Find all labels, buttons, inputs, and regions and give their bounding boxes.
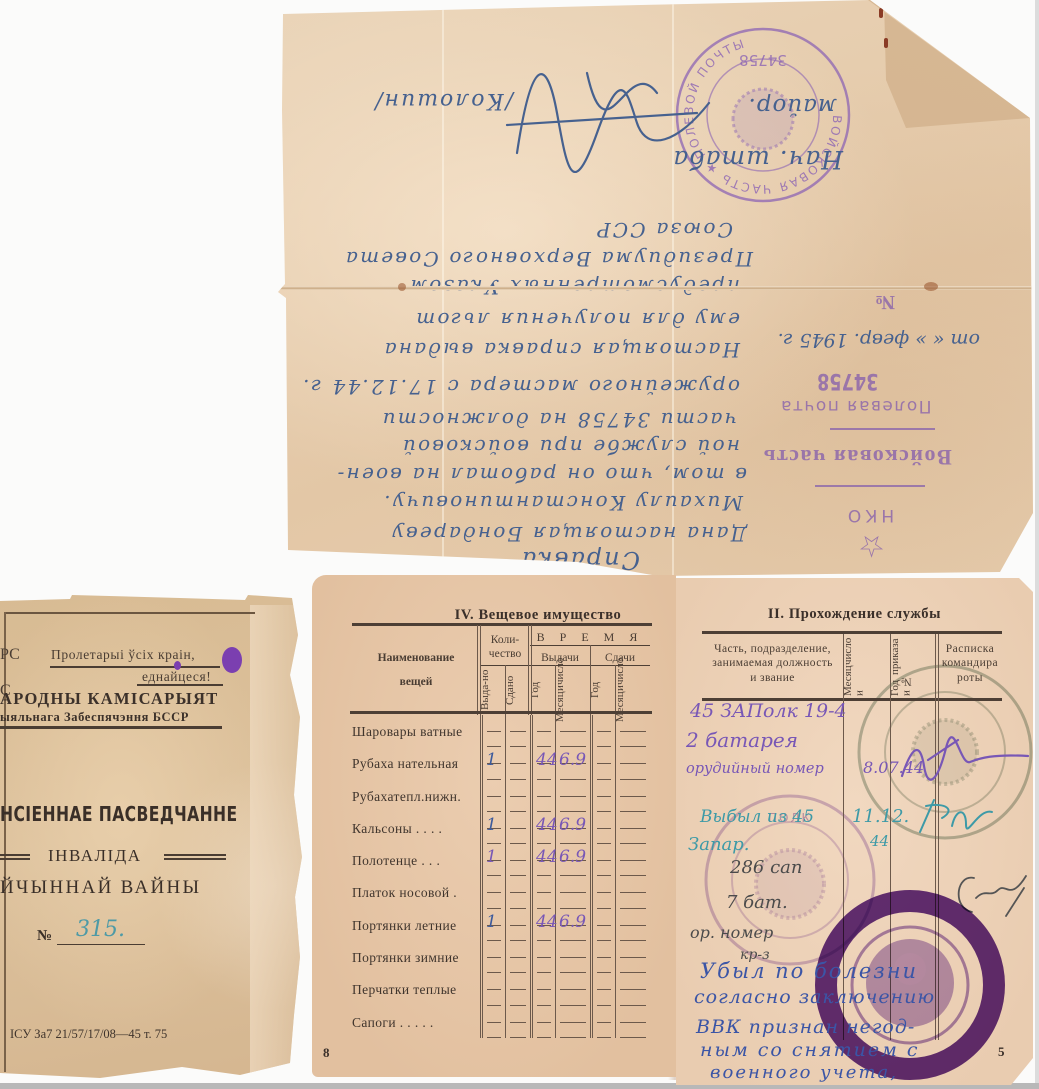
item-name: Кальсоны . . . . — [352, 812, 480, 844]
item-name: Шаровары ватные — [352, 715, 480, 747]
print-info: ІСУ За7 21/57/17/08—45 т. 75 — [10, 1028, 167, 1041]
cover-frame — [5, 612, 255, 614]
header-text: Месяц и — [843, 665, 890, 696]
stamp-rule — [830, 429, 935, 431]
header-text: Часть, подразделение, — [702, 642, 843, 656]
qty-returned — [505, 1006, 530, 1038]
handwritten-value: 1 — [486, 914, 497, 931]
qty-returned — [505, 812, 530, 844]
slogan-line-2: еднайцеся! — [142, 670, 211, 684]
header-text: Год — [590, 682, 615, 698]
number-underline — [57, 944, 145, 945]
issue-year — [530, 715, 555, 747]
table-rule — [702, 631, 1002, 634]
return-date — [615, 941, 650, 973]
seal-number: 34758 — [739, 51, 787, 69]
issue-date — [555, 1006, 590, 1038]
qty-returned — [505, 909, 530, 941]
table-vline — [590, 645, 591, 715]
discharge-note-line: согласно заключению — [694, 988, 935, 1007]
return-year — [590, 973, 615, 1005]
letter-title: Справка — [520, 548, 640, 572]
return-year — [590, 941, 615, 973]
title-rule — [164, 854, 226, 856]
item-name: Портянки летние — [352, 909, 480, 941]
handwritten-value: 1 — [486, 752, 497, 769]
qty-issued — [480, 973, 505, 1005]
table-vline — [480, 625, 481, 715]
qty-issued: 1 — [480, 747, 505, 779]
letter-line: ему для получения льгот — [414, 310, 740, 330]
letter-line: ной службе при войсковой — [401, 437, 740, 457]
title-rule — [0, 858, 30, 860]
issue-date: 6.9 — [555, 812, 590, 844]
signature-rank: майор. — [748, 94, 837, 117]
ink-mark — [884, 38, 888, 48]
issue-date — [555, 780, 590, 812]
handwritten-value: 6.9 — [559, 849, 586, 866]
entry-unit-3: 286 сап — [730, 859, 802, 877]
discharge-note-line: ВВК признан негод- — [696, 1018, 915, 1037]
item-name: Полотенце . . . — [352, 844, 480, 876]
header-text: приказа — [890, 638, 937, 675]
paper-fold — [278, 286, 1035, 290]
clothing-page: IV. Вещевое имущество Наименование вещей… — [312, 575, 676, 1077]
qty-issued — [480, 1006, 505, 1038]
item-name: Рубаха нательная — [352, 747, 480, 779]
header-text: роты — [937, 671, 1003, 685]
return-year — [590, 844, 615, 876]
header-text: и звание — [702, 671, 843, 685]
table-vline — [531, 625, 532, 715]
issue-year: 44 — [530, 909, 555, 941]
document-subtitle-2: ЙЧЫННАЙ ВАЙНЫ — [0, 878, 201, 897]
commander-signature — [898, 736, 1033, 781]
header-text: число — [843, 638, 890, 665]
slogan-line-1: Пролетарыі ўсіх краін, — [51, 648, 195, 662]
col-order-header: Год и № приказа — [890, 638, 937, 696]
return-year — [590, 1006, 615, 1038]
handwritten-value: 6.9 — [559, 914, 586, 931]
handwritten-value: 6.9 — [559, 752, 586, 769]
pension-certificate-cover: РС С Пролетарыі ўсіх краін, еднайцеся! А… — [0, 595, 302, 1080]
letter-line: оружейного мастера с 17.12.44 г. — [301, 377, 740, 397]
ink-blot — [222, 647, 242, 673]
letter-line: Президиума Верховного Совета — [344, 249, 753, 269]
issue-date — [555, 876, 590, 908]
qty-returned — [505, 715, 530, 747]
issue-year — [530, 876, 555, 908]
issue-year — [530, 941, 555, 973]
entry-unit-4: 7 бат. — [726, 894, 788, 912]
letter-line: Михаилу Константиновичу. — [382, 493, 743, 513]
page-number: 5 — [998, 1045, 1005, 1058]
stamp-post: Полевая почта — [768, 397, 943, 414]
item-name: Рубахатепл.нижн. — [352, 780, 480, 812]
table-row: Шаровары ватные — [352, 715, 650, 747]
col-qty-header: Коли- чество — [480, 633, 530, 662]
discharge-note-line: Убыл по болезни — [700, 961, 918, 982]
handwritten-value: 1 — [486, 849, 497, 866]
return-year — [590, 812, 615, 844]
letter-line: Настоящая справка выдана — [383, 340, 740, 360]
header-text: Год и № — [890, 675, 937, 696]
scanner-edge-right — [1035, 0, 1039, 1083]
qty-issued: 1 — [480, 844, 505, 876]
qty-issued: 1 — [480, 812, 505, 844]
return-date — [615, 780, 650, 812]
col-return-date-header: Месяц и число — [615, 669, 650, 711]
issue-year — [530, 1006, 555, 1038]
page-number: 8 — [323, 1046, 330, 1059]
discharge-note-line: ным со снятием с — [700, 1041, 920, 1060]
entry-left-year: 44 — [870, 834, 889, 849]
table-vline — [555, 665, 556, 715]
rust-spot — [398, 283, 406, 291]
qty-issued: 1 — [480, 909, 505, 941]
stamp-number-label: № — [875, 292, 895, 312]
issue-date — [555, 715, 590, 747]
stamp-post-number: 34758 — [826, 369, 879, 391]
qty-issued — [480, 941, 505, 973]
issue-date: 6.9 — [555, 909, 590, 941]
letter-line: Союза ССР — [595, 220, 733, 240]
issue-date: 6.9 — [555, 747, 590, 779]
title-rule — [0, 854, 30, 856]
col-name-header-line: Наименование — [352, 651, 480, 665]
signature-name: /Колошин/ — [373, 89, 513, 111]
col-qty-header-line: чество — [480, 647, 530, 661]
table-rule — [352, 623, 652, 626]
header-text: и — [615, 685, 650, 691]
return-date — [615, 715, 650, 747]
item-name: Сапоги . . . . . — [352, 1006, 480, 1038]
return-date — [615, 1006, 650, 1038]
qty-returned — [505, 747, 530, 779]
certificate-letter: ☆ НКО Войсковая часть Полевая почта 3475… — [278, 0, 1035, 578]
stamp-rule — [815, 486, 925, 488]
commander-signature — [916, 796, 996, 836]
return-date — [615, 876, 650, 908]
issue-year: 44 — [530, 747, 555, 779]
header-text: Расписка — [937, 642, 1003, 656]
handwritten-value: 6.9 — [559, 817, 586, 834]
table-row: Перчатки теплые — [352, 973, 650, 1005]
col-qty-header-line: Коли- — [480, 633, 530, 647]
header-text: Сдано — [505, 675, 530, 704]
cover-fragment-text: РС — [0, 647, 20, 663]
col-unit-header: Часть, подразделение, занимаемая должнос… — [702, 642, 843, 685]
handwritten-value: 44 — [536, 752, 558, 769]
qty-returned — [505, 876, 530, 908]
torn-edge — [250, 605, 300, 1075]
slogan-underline — [50, 666, 220, 668]
issue-year: 44 — [530, 812, 555, 844]
entry-battery: 2 батарея — [686, 730, 798, 750]
rust-spot — [924, 282, 938, 291]
return-year — [590, 876, 615, 908]
item-name: Платок носовой . — [352, 876, 480, 908]
table-row: Рубахатепл.нижн. — [352, 780, 650, 812]
issuer-rule — [0, 726, 222, 729]
entry-position: орудийный номер — [686, 762, 824, 777]
table-row: Сапоги . . . . . — [352, 1006, 650, 1038]
service-record-page: ПОЛК II. Прохождение службы Часть, подра… — [676, 578, 1033, 1085]
handwritten-value: 44 — [536, 914, 558, 931]
return-date — [615, 909, 650, 941]
col-issue-year-header: Год — [530, 669, 555, 711]
col-name-header-line: вещей — [352, 675, 480, 689]
header-text: командира — [937, 656, 1003, 670]
entry-left-unit-2: Запар. — [688, 836, 750, 854]
return-date — [615, 812, 650, 844]
star-icon: ☆ — [858, 530, 885, 560]
letter-line: в том, что он работал на воен- — [335, 465, 747, 485]
qty-returned — [505, 780, 530, 812]
issue-date: 6.9 — [555, 844, 590, 876]
return-date — [615, 844, 650, 876]
issue-year: 44 — [530, 844, 555, 876]
entry-unit: 45 ЗАПолк 19-4 — [690, 702, 847, 721]
header-text: занимаемая должность — [702, 656, 843, 670]
header-text: Год — [530, 682, 555, 698]
table-row: Полотенце . . . 1 44 6.9 — [352, 844, 650, 876]
table-row: Платок носовой . — [352, 876, 650, 908]
header-text: Выда- — [480, 681, 505, 710]
item-name: Портянки зимние — [352, 941, 480, 973]
issuer-line-2: ыяльнага Забеспячэння БССР — [0, 711, 189, 724]
return-year — [590, 780, 615, 812]
discharge-note-line: военного учета, — [710, 1064, 898, 1082]
qty-returned — [505, 844, 530, 876]
letter-line: Дана настоящая Бондареву — [390, 524, 747, 544]
col-issue-date-header: Месяц и число — [555, 669, 590, 711]
header-text: и — [555, 685, 590, 691]
stamp-unit: Войсковая часть — [747, 446, 967, 468]
col-qty-issued-header: Выда- но — [480, 669, 505, 711]
issue-year — [530, 973, 555, 1005]
col-time-header: В Р Е М Я — [530, 630, 650, 645]
issue-date — [555, 973, 590, 1005]
col-name-header: Наименование вещей — [352, 651, 480, 690]
stamp-org: НКО — [831, 506, 907, 523]
service-section-title: II. Прохождение службы — [676, 607, 1033, 622]
signature — [497, 48, 717, 173]
table-row: Рубаха нательная 1 44 6.9 — [352, 747, 650, 779]
return-date — [615, 747, 650, 779]
table-rule — [350, 711, 652, 714]
issue-year — [530, 780, 555, 812]
header-text: но — [480, 670, 505, 681]
header-text: число — [555, 658, 590, 685]
return-year — [590, 909, 615, 941]
table-vline — [477, 625, 478, 715]
entry-left-unit: Выбыл из 45 — [700, 809, 814, 826]
col-qty-returned-header: Сдано — [505, 669, 530, 711]
table-vline — [505, 665, 506, 715]
item-name: Перчатки теплые — [352, 973, 480, 1005]
table-row: Кальсоны . . . . 1 44 6.9 — [352, 812, 650, 844]
handwritten-value: 44 — [536, 849, 558, 866]
document-title: НСІЕННАЕ ПАСВЕДЧАННЕ — [0, 804, 238, 824]
certificate-number: 315. — [76, 919, 125, 941]
title-rule — [164, 858, 226, 860]
col-signature-header: Расписка командира роты — [937, 642, 1003, 685]
clothing-table-body: Шаровары ватные Рубаха нательная 1 44 6.… — [352, 715, 650, 1038]
header-text: число — [615, 658, 650, 685]
return-date — [615, 973, 650, 1005]
number-label: № — [37, 929, 52, 944]
ink-blot — [174, 661, 181, 670]
qty-returned — [505, 941, 530, 973]
handwritten-value: 44 — [536, 817, 558, 834]
qty-issued — [480, 780, 505, 812]
qty-issued — [480, 876, 505, 908]
entry-left-date: 11.12. — [852, 808, 909, 826]
entry-position-2: ор. номер — [690, 925, 773, 941]
return-year — [590, 715, 615, 747]
qty-returned — [505, 973, 530, 1005]
table-vline — [528, 625, 529, 715]
table-row: Портянки летние 1 44 6.9 — [352, 909, 650, 941]
document-subtitle: ІНВАЛІДА — [48, 847, 142, 864]
return-year — [590, 747, 615, 779]
letter-line: части 34758 на должности — [381, 410, 737, 430]
col-return-year-header: Год — [590, 669, 615, 711]
table-vline — [615, 665, 616, 715]
ink-mark — [879, 8, 883, 18]
issue-date — [555, 941, 590, 973]
col-month-day-header: Месяц и число — [843, 638, 890, 696]
issuer-line-1: АРОДНЫ КАМІСАРЫЯТ — [0, 691, 219, 708]
slogan-underline — [137, 684, 223, 686]
table-row: Портянки зимние — [352, 941, 650, 973]
handwritten-value: 1 — [486, 817, 497, 834]
stamp-date: от « » февр. 1945 г. — [778, 330, 980, 349]
cover-frame — [4, 612, 6, 1072]
qty-issued — [480, 715, 505, 747]
